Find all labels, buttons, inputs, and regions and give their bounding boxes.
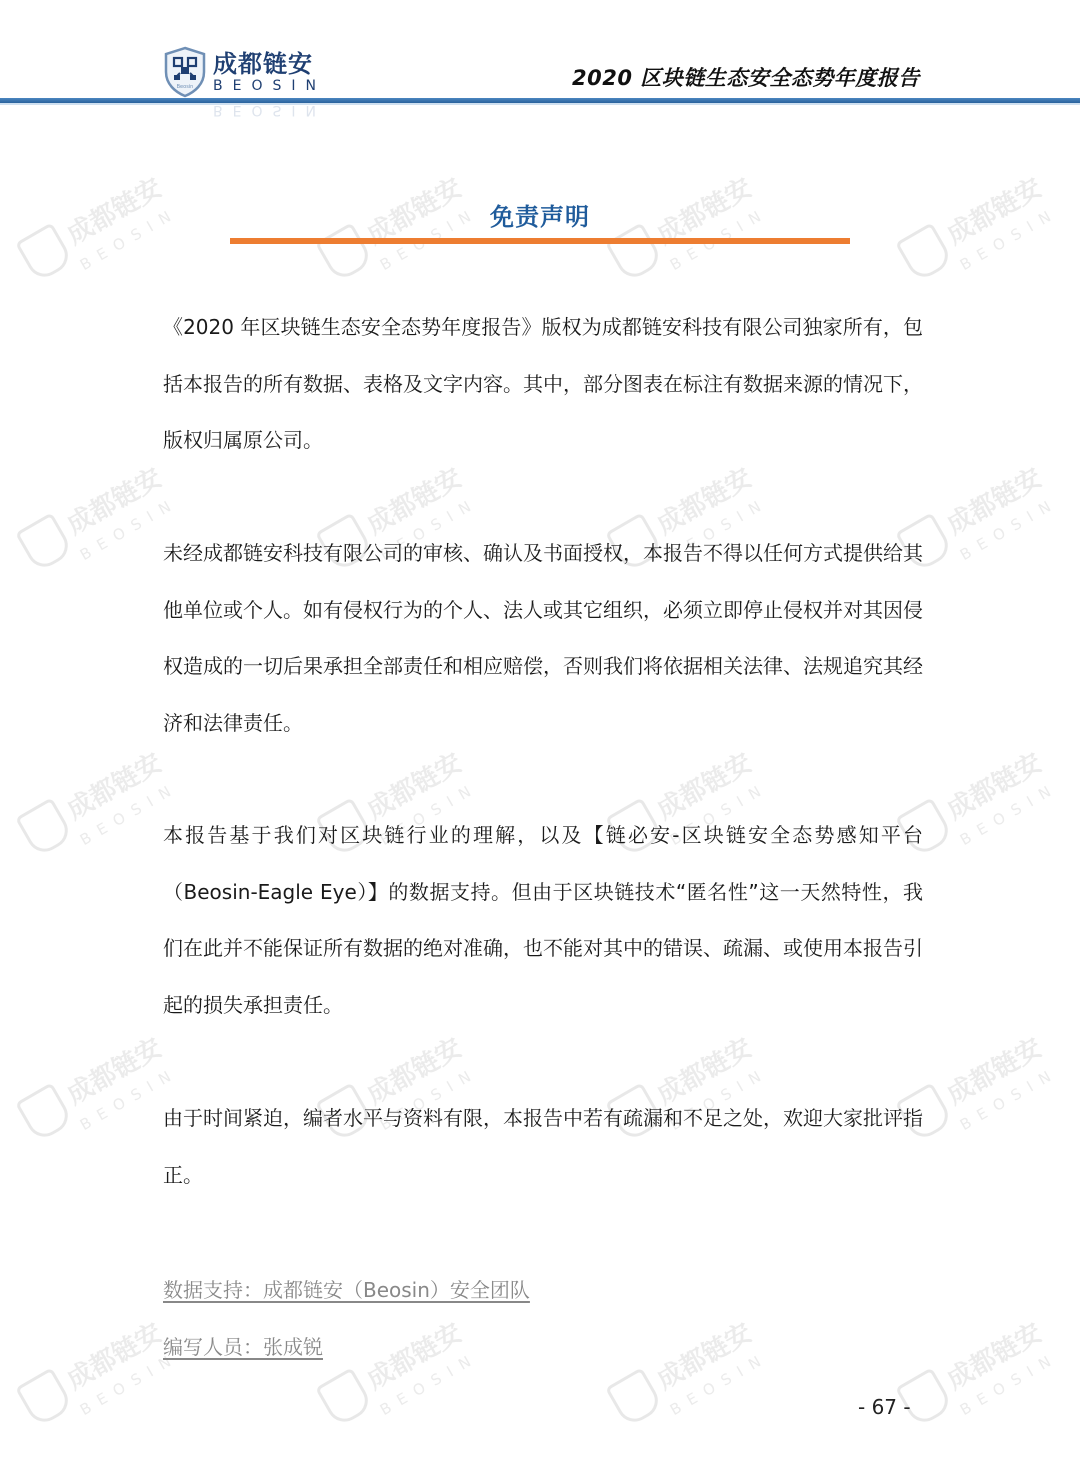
paragraph-feedback: 由于时间紧迫，编者水平与资料有限，本报告中若有疏漏和不足之处，欢迎大家批评指正。 — [163, 1090, 923, 1203]
watermark: 成都链安BEOSIN — [15, 1310, 182, 1442]
watermark: 成都链安BEOSIN — [15, 1025, 182, 1157]
logo-english-name: BEOSIN — [213, 78, 326, 94]
paragraph-data-accuracy: 本报告基于我们对区块链行业的理解，以及【链必安-区块链安全态势感知平台（Beos… — [163, 807, 923, 1033]
logo-chinese-name: 成都链安 — [213, 51, 326, 77]
shield-network-icon: Beosin — [163, 46, 207, 98]
watermark-shield-icon — [315, 1367, 374, 1428]
watermark-shield-icon — [15, 1082, 74, 1143]
paragraph-copyright: 《2020 年区块链生态安全态势年度报告》版权为成都链安科技有限公司独家所有，包… — [163, 299, 923, 469]
watermark: 成都链安BEOSIN — [15, 740, 182, 872]
page-header: Beosin 成都链安 BEOSIN BEOSIN 2020 区块链生态安全态势… — [0, 0, 1080, 120]
page-number: - 67 - — [858, 1395, 911, 1419]
watermark-shield-icon — [15, 1367, 74, 1428]
author-credit: 编写人员：张成锐 — [163, 1331, 323, 1360]
document-page: 成都链安BEOSIN 成都链安BEOSIN 成都链安BEOSIN 成都链安BEO… — [0, 0, 1080, 1467]
watermark-shield-icon — [15, 797, 74, 858]
header-divider-shadow — [0, 103, 1080, 105]
report-title: 2020 区块链生态安全态势年度报告 — [572, 62, 920, 92]
watermark: 成都链安BEOSIN — [315, 1310, 482, 1442]
watermark-shield-icon — [15, 512, 74, 573]
watermark-shield-icon — [605, 1367, 664, 1428]
company-logo: Beosin 成都链安 BEOSIN — [163, 46, 326, 98]
title-underline-bar — [230, 238, 850, 244]
svg-text:Beosin: Beosin — [177, 84, 194, 90]
page-title: 免责声明 — [0, 197, 1080, 232]
watermark: 成都链安BEOSIN — [895, 1310, 1062, 1442]
data-support-credit: 数据支持：成都链安（Beosin）安全团队 — [163, 1274, 530, 1303]
paragraph-authorization: 未经成都链安科技有限公司的审核、确认及书面授权，本报告不得以任何方式提供给其他单… — [163, 525, 923, 751]
watermark: 成都链安BEOSIN — [15, 455, 182, 587]
watermark: 成都链安BEOSIN — [605, 1310, 772, 1442]
